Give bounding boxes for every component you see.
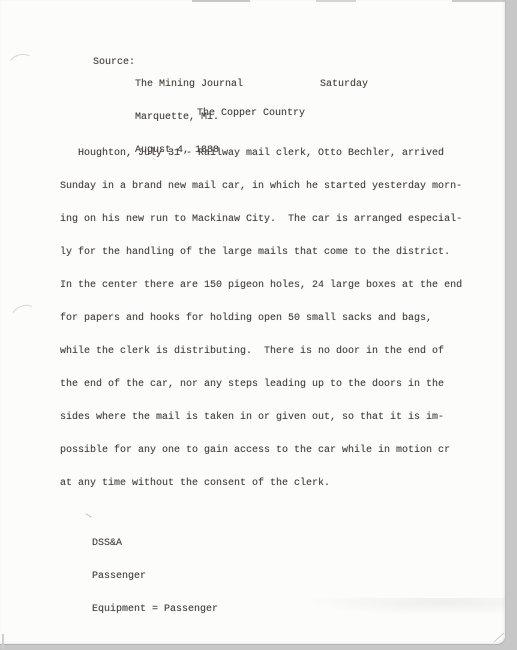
footer-railroad: DSS&A xyxy=(92,538,218,549)
paper-shading xyxy=(300,598,505,616)
edge-mark xyxy=(2,634,4,649)
scanned-document-page: Source: The Mining Journal Marquette, Mi… xyxy=(0,0,517,650)
source-label: Source: xyxy=(93,57,135,68)
footer-equipment: Equipment = Passenger xyxy=(92,604,218,615)
scan-edge-smudge xyxy=(192,0,250,2)
article-line: In the center there are 150 pigeon holes… xyxy=(60,280,462,291)
article-line: Sunday in a brand new mail car, in which… xyxy=(60,181,462,192)
footer-notes: DSS&A Passenger Equipment = Passenger xyxy=(92,516,218,637)
day-of-week: Saturday xyxy=(320,79,368,90)
article-line: ing on his new run to Mackinaw City. The… xyxy=(60,214,462,225)
footer-category: Passenger xyxy=(92,571,218,582)
scan-edge-smudge xyxy=(316,0,356,2)
article-body: Houghton, July 31 - Railway mail clerk, … xyxy=(60,126,462,511)
source-publication: The Mining Journal xyxy=(135,79,243,90)
article-line: at any time without the consent of the c… xyxy=(60,478,462,489)
article-line: Houghton, July 31 - Railway mail clerk, … xyxy=(60,148,462,159)
article-line: for papers and hooks for holding open 50… xyxy=(60,313,462,324)
article-line: while the clerk is distributing. There i… xyxy=(60,346,462,357)
article-line: possible for any one to gain access to t… xyxy=(60,445,462,456)
article-line: sides where the mail is taken in or give… xyxy=(60,412,462,423)
article-title: The Copper Country xyxy=(197,108,305,119)
scan-edge-smudge xyxy=(452,0,505,2)
article-line: the end of the car, nor any steps leadin… xyxy=(60,379,462,390)
article-line: ly for the handling of the large mails t… xyxy=(60,247,462,258)
